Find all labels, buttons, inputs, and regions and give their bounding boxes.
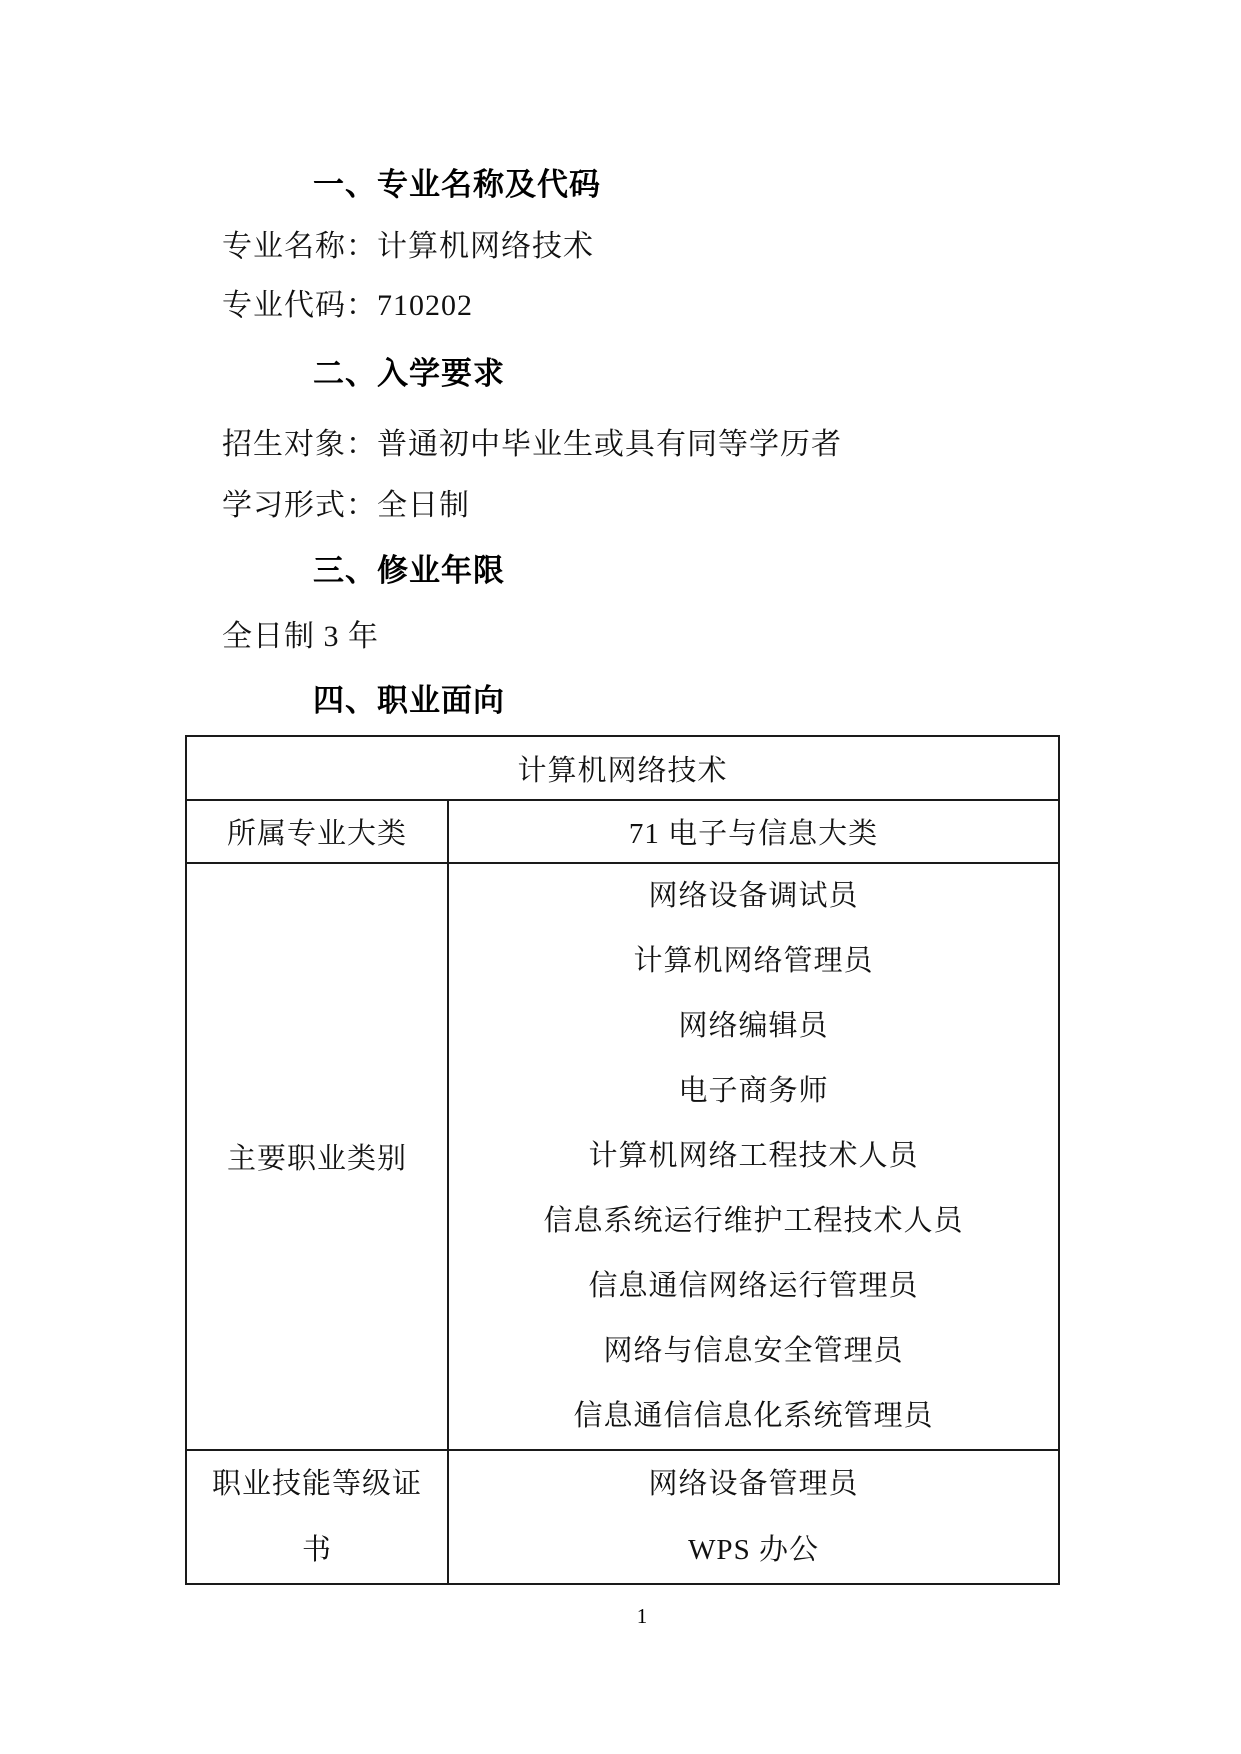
page-number: 1 xyxy=(560,1601,724,1631)
document-page: 一、专业名称及代码 专业名称：计算机网络技术 专业代码：710202 二、入学要… xyxy=(0,0,1241,1754)
job-item: 信息通信信息化系统管理员 xyxy=(449,1384,1058,1449)
enroll-target-line: 招生对象：普通初中毕业生或具有同等学历者 xyxy=(222,425,842,465)
job-item: 信息通信网络运行管理员 xyxy=(449,1254,1058,1319)
section-heading-major-name-code: 一、专业名称及代码 xyxy=(313,165,601,205)
duration-line: 全日制 3 年 xyxy=(222,617,379,657)
career-orientation-table: 计算机网络技术 所属专业大类 71 电子与信息大类 主要职业类别 网络设备调试员… xyxy=(185,735,1060,1585)
certs-label-line: 职业技能等级证 xyxy=(187,1451,447,1517)
certs-list-cell: 网络设备管理员 WPS 办公 xyxy=(448,1450,1059,1584)
major-name-line: 专业名称：计算机网络技术 xyxy=(222,227,594,267)
job-item: 电子商务师 xyxy=(449,1059,1058,1124)
table-title-cell: 计算机网络技术 xyxy=(186,736,1059,800)
category-value-cell: 71 电子与信息大类 xyxy=(448,800,1059,863)
table-row-category: 所属专业大类 71 电子与信息大类 xyxy=(186,800,1059,863)
study-form-line: 学习形式：全日制 xyxy=(222,486,470,526)
job-item: 计算机网络工程技术人员 xyxy=(449,1124,1058,1189)
cert-item: 网络设备管理员 xyxy=(449,1451,1058,1517)
table-row-certificates: 职业技能等级证 书 网络设备管理员 WPS 办公 xyxy=(186,1450,1059,1584)
job-item: 网络与信息安全管理员 xyxy=(449,1319,1058,1384)
job-item: 信息系统运行维护工程技术人员 xyxy=(449,1189,1058,1254)
section-heading-career: 四、职业面向 xyxy=(313,681,505,721)
certs-label-cell: 职业技能等级证 书 xyxy=(186,1450,448,1584)
table-row-title: 计算机网络技术 xyxy=(186,736,1059,800)
cert-item: WPS 办公 xyxy=(449,1517,1058,1583)
category-label-cell: 所属专业大类 xyxy=(186,800,448,863)
job-item: 网络设备调试员 xyxy=(449,864,1058,929)
table-row-jobs: 主要职业类别 网络设备调试员 计算机网络管理员 网络编辑员 电子商务师 计算机网… xyxy=(186,863,1059,1450)
section-heading-admission: 二、入学要求 xyxy=(313,354,505,394)
section-heading-duration: 三、修业年限 xyxy=(313,551,505,591)
certs-label-line: 书 xyxy=(187,1517,447,1583)
jobs-label-cell: 主要职业类别 xyxy=(186,863,448,1450)
major-code-line: 专业代码：710202 xyxy=(222,286,473,326)
job-item: 计算机网络管理员 xyxy=(449,929,1058,994)
jobs-list-cell: 网络设备调试员 计算机网络管理员 网络编辑员 电子商务师 计算机网络工程技术人员… xyxy=(448,863,1059,1450)
job-item: 网络编辑员 xyxy=(449,994,1058,1059)
